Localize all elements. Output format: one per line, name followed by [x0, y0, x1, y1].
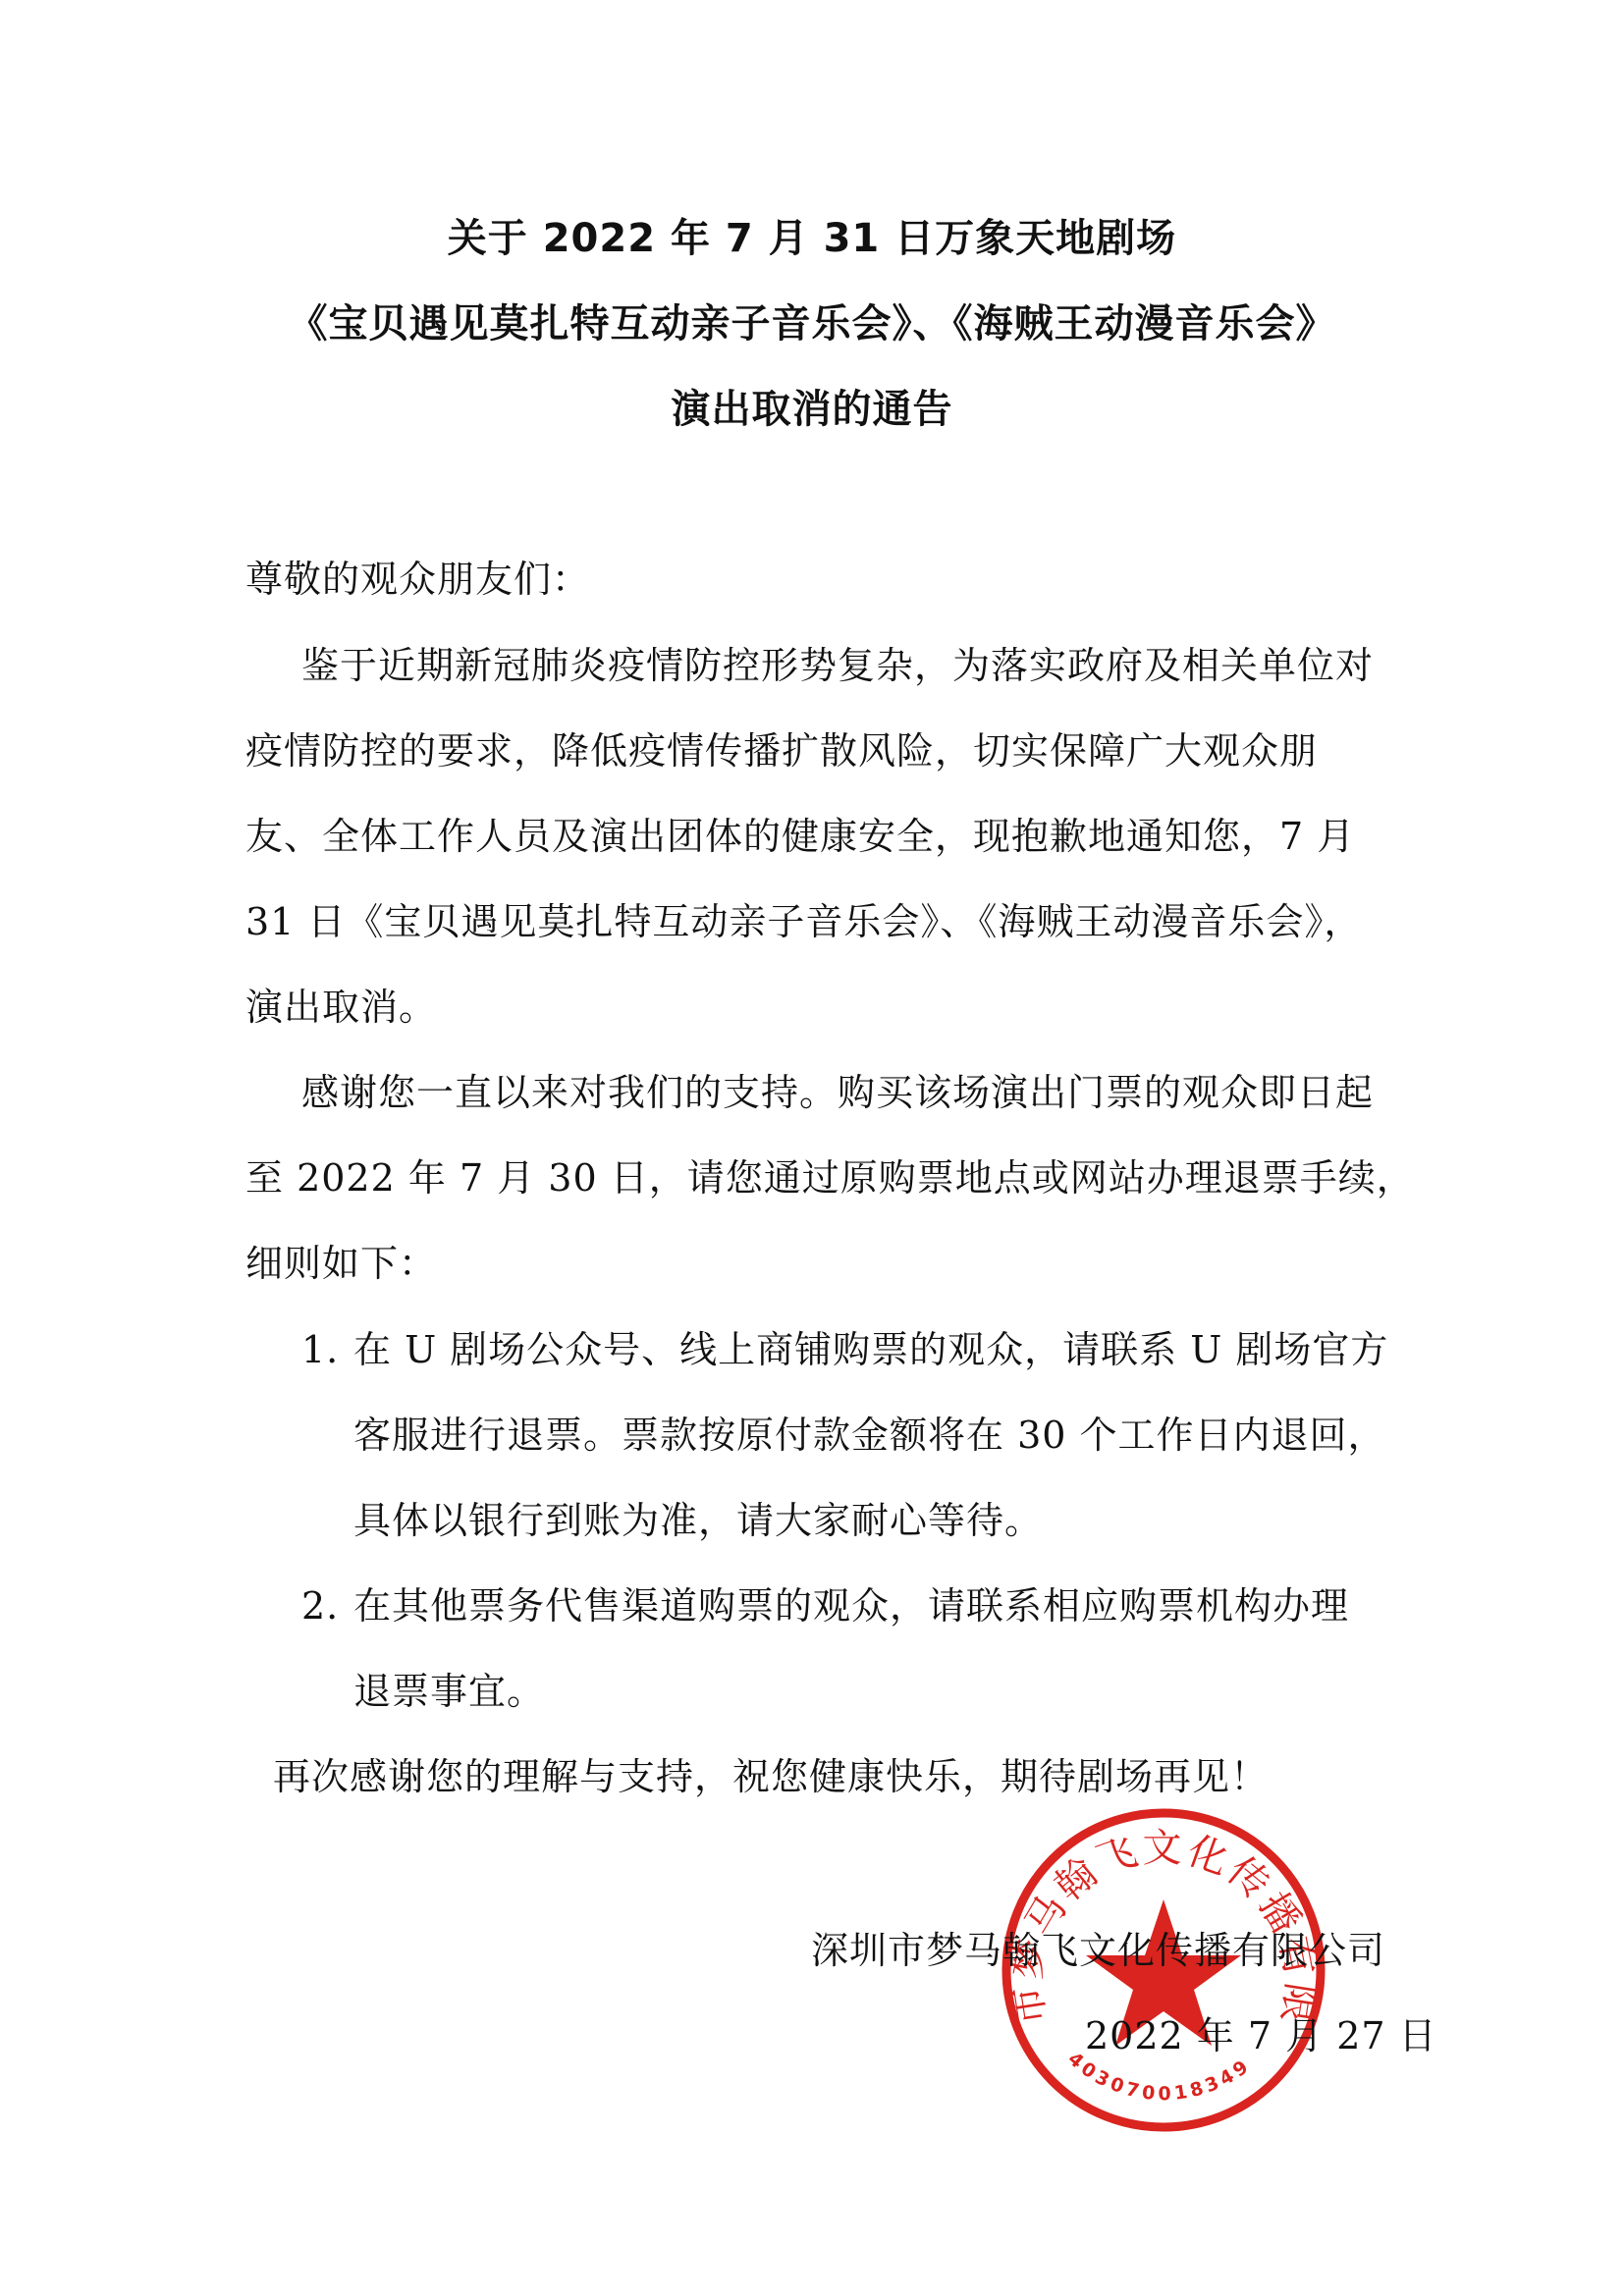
list-line: 具体以银行到账为准，请大家耐心等待。 — [353, 1496, 1043, 1545]
paragraph-line: 友、全体工作人员及演出团体的健康安全，现抱歉地通知您，7 月 — [245, 812, 1355, 861]
list-line: 在 U 剧场公众号、线上商铺购票的观众，请联系 U 剧场官方 — [353, 1325, 1388, 1374]
paragraph-line: 鉴于近期新冠肺炎疫情防控形势复杂，为落实政府及相关单位对 — [301, 641, 1374, 690]
paragraph-line: 演出取消。 — [245, 983, 437, 1032]
paragraph-line: 感谢您一直以来对我们的支持。购买该场演出门票的观众即日起 — [301, 1068, 1374, 1117]
title-line-2: 《宝贝遇见莫扎特互动亲子音乐会》、《海贼王动漫音乐会》 — [0, 299, 1624, 348]
signature-company: 深圳市梦马翰飞文化传播有限公司 — [811, 1926, 1385, 1975]
title-line-1: 关于 2022 年 7 月 31 日万象天地剧场 — [0, 214, 1624, 263]
list-line: 在其他票务代售渠道购票的观众，请联系相应购票机构办理 — [353, 1581, 1349, 1630]
list-number: 2. — [301, 1581, 339, 1630]
list-line: 客服进行退票。票款按原付款金额将在 30 个工作日内退回， — [353, 1411, 1386, 1460]
salutation: 尊敬的观众朋友们： — [245, 555, 590, 604]
list-line: 退票事宜。 — [353, 1667, 545, 1716]
signature-date: 2022 年 7 月 27 日 — [1085, 2011, 1437, 2060]
paragraph-line: 疫情防控的要求，降低疫情传播扩散风险，切实保障广大观众朋 — [245, 726, 1318, 775]
paragraph-line: 至 2022 年 7 月 30 日，请您通过原购票地点或网站办理退票手续， — [245, 1153, 1415, 1202]
paragraph-line: 细则如下： — [245, 1239, 437, 1288]
paragraph-line: 31 日《宝贝遇见莫扎特互动亲子音乐会》、《海贼王动漫音乐会》， — [245, 897, 1362, 946]
closing-remark: 再次感谢您的理解与支持，祝您健康快乐，期待剧场再见！ — [273, 1752, 1269, 1801]
list-number: 1. — [301, 1325, 339, 1374]
title-line-3: 演出取消的通告 — [0, 385, 1624, 434]
